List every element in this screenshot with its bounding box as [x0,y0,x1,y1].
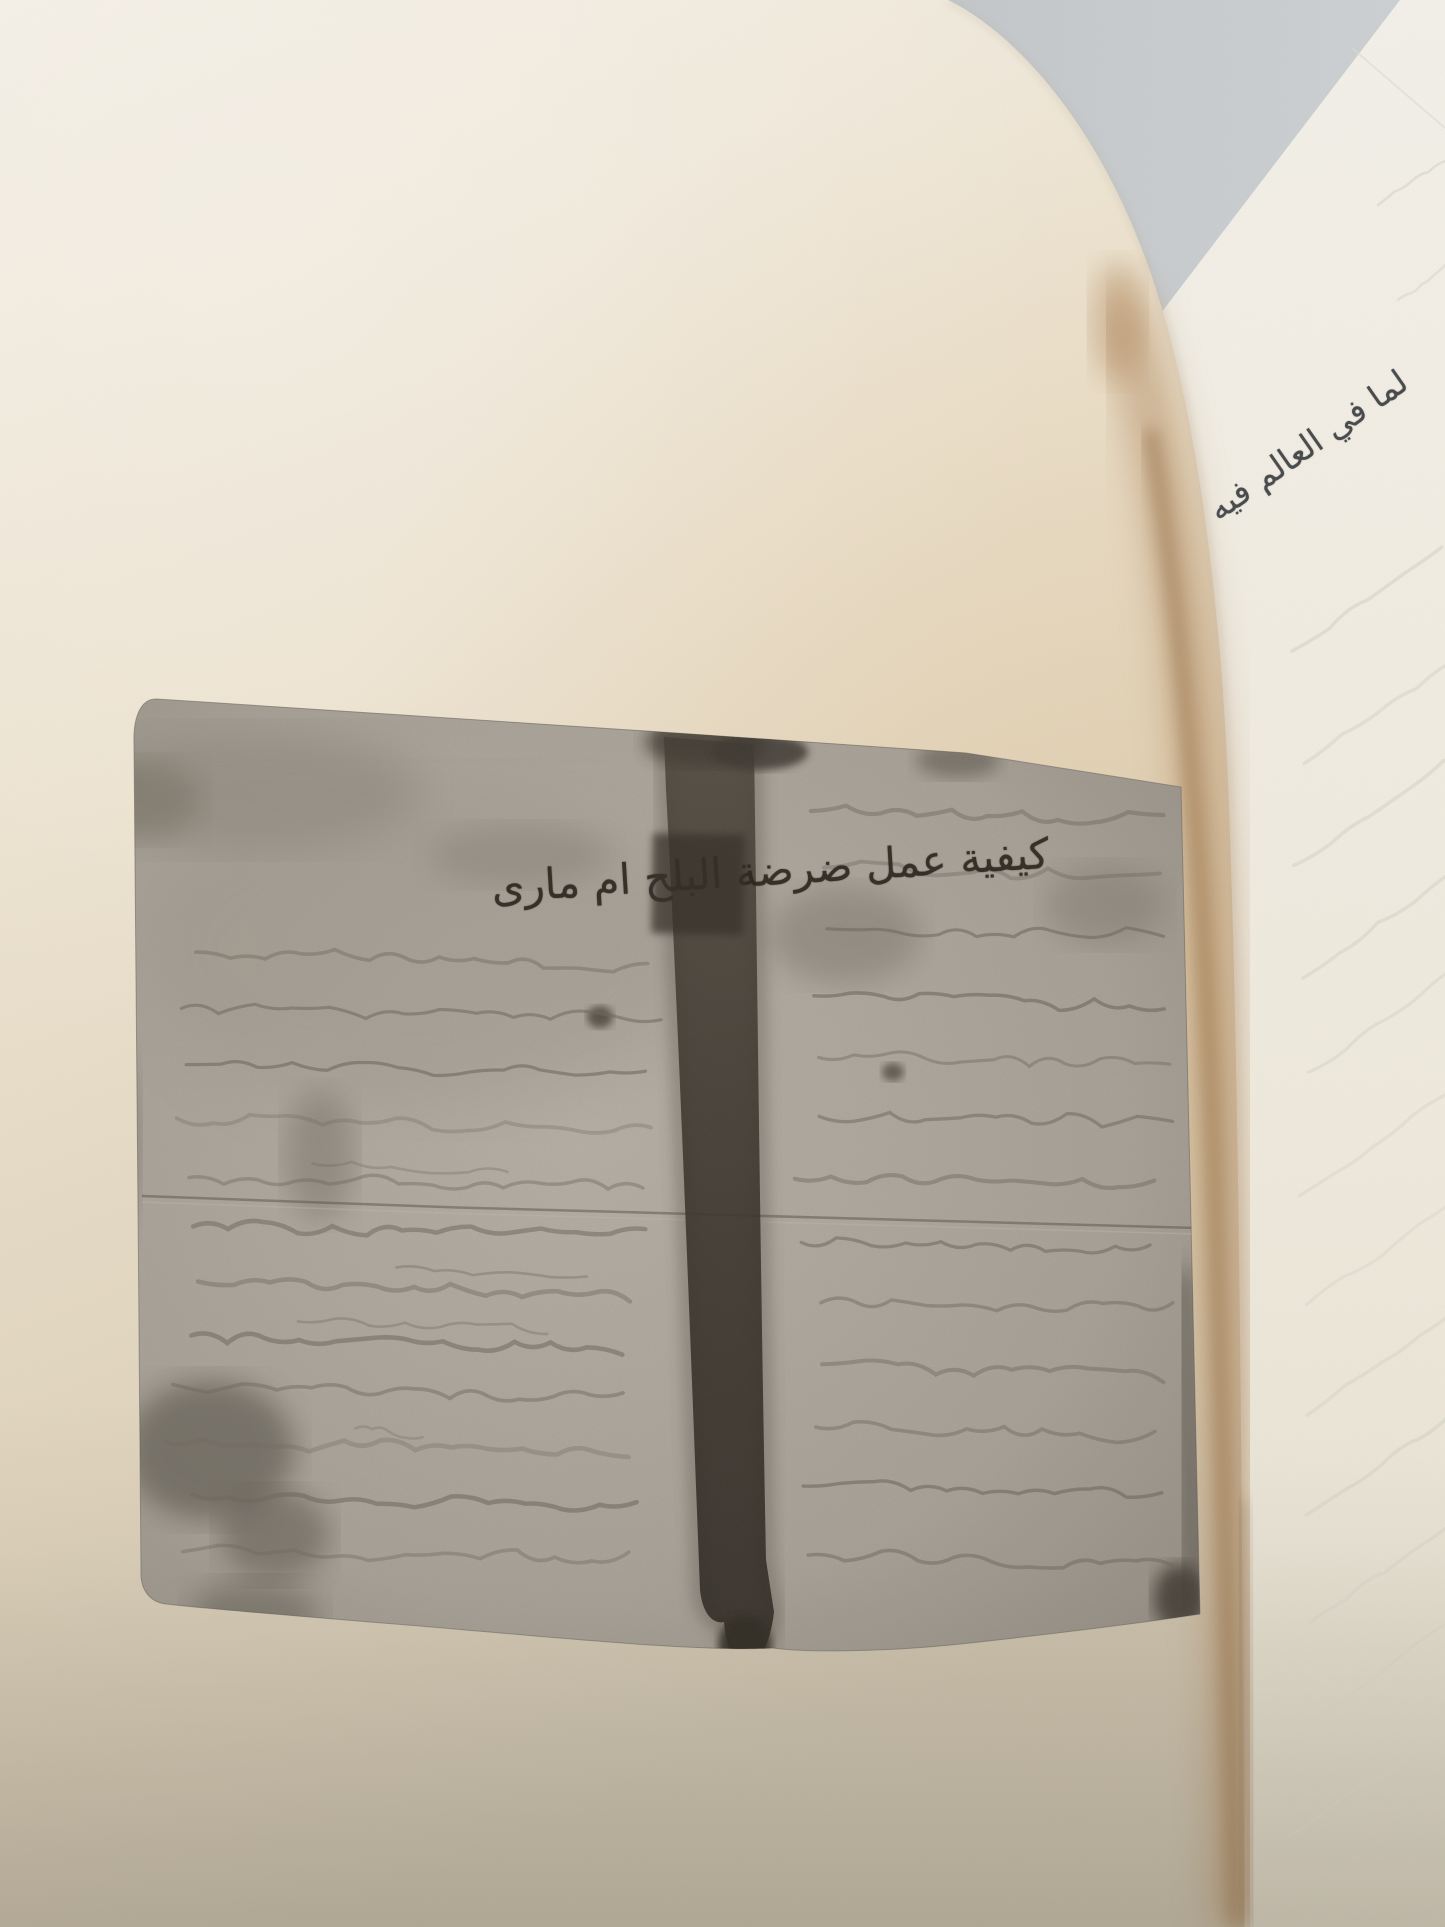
book-photo: لما في العالم فيه كيفية عمل ضرضة البلح ا… [0,0,1445,1927]
vignette-bottom [0,1550,1445,1927]
scene-art [0,0,1445,1927]
tape-strip-overlay [651,833,745,935]
